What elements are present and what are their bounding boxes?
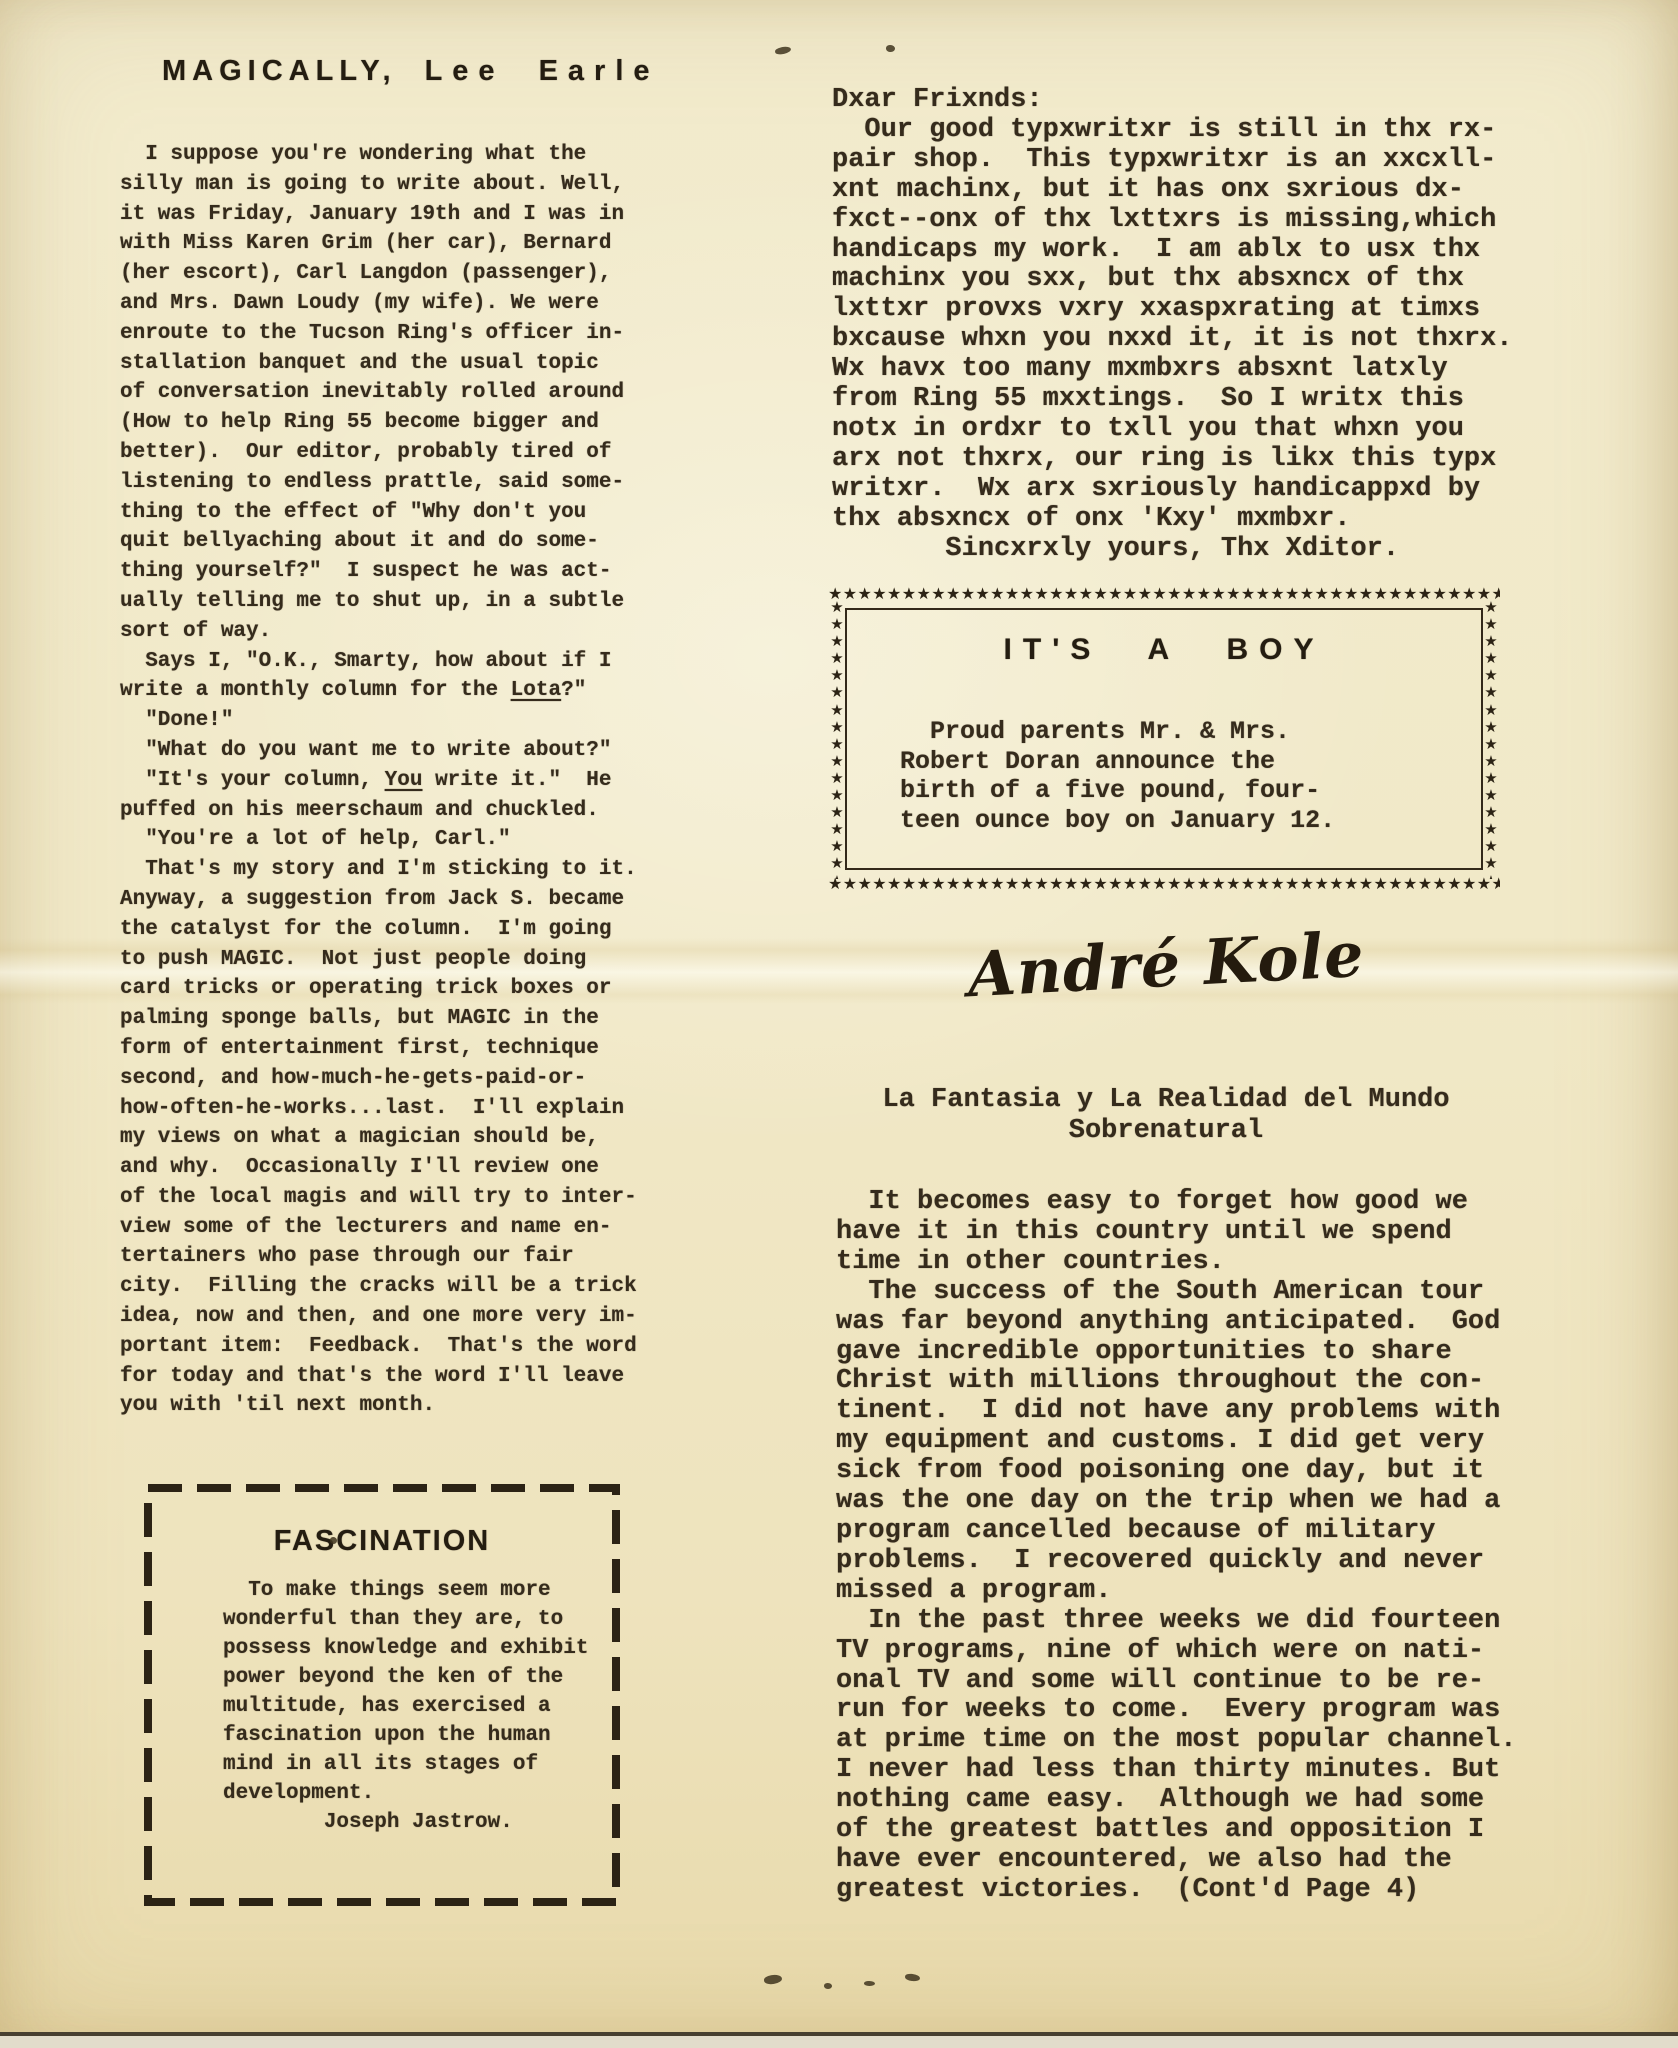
ink-speck <box>886 45 895 52</box>
andre-kole-signature: André Kole <box>819 910 1514 1019</box>
fantasia-heading: La Fantasia y La Realidad del MundoSobre… <box>820 1085 1512 1147</box>
its-a-boy-box: ★★★★★★★★★★★★★★★★★★★★★★★★★★★★★★★★★★★★★★★★… <box>828 585 1500 893</box>
newsletter-page: MAGICALLY, Lee Earle I suppose you're wo… <box>0 0 1678 2048</box>
editor-letter: Dxar Frixnds: Our good typxwritxr is sti… <box>832 86 1516 565</box>
ink-speck <box>330 1537 337 1544</box>
scan-bottom-edge-strip <box>0 2036 1678 2048</box>
magically-title-word: MAGICALLY, <box>162 55 397 88</box>
its-a-boy-title: IT'S A BOY <box>828 585 1500 667</box>
magically-title-author: Lee Earle <box>425 55 660 88</box>
ink-speck <box>864 1981 875 1986</box>
ink-speck <box>763 1974 782 1985</box>
its-a-boy-text: Proud parents Mr. & Mrs.Robert Doran ann… <box>828 717 1500 835</box>
ink-speck <box>774 45 791 55</box>
star-border-bottom: ★★★★★★★★★★★★★★★★★★★★★★★★★★★★★★★★★★★★★★★★… <box>828 875 1500 893</box>
magically-article-body: I suppose you're wondering what thesilly… <box>120 140 650 1421</box>
fascination-box: FASCINATION To make things seem morewond… <box>143 1483 621 1907</box>
ink-speck <box>905 1973 921 1982</box>
fantasia-article: It becomes easy to forget how good wehav… <box>836 1188 1520 1906</box>
fascination-quote: To make things seem morewonderful than t… <box>143 1576 621 1837</box>
ink-speck <box>824 1983 832 1989</box>
fascination-title: FASCINATION <box>143 1483 621 1558</box>
magically-article-title: MAGICALLY, Lee Earle <box>162 55 660 88</box>
